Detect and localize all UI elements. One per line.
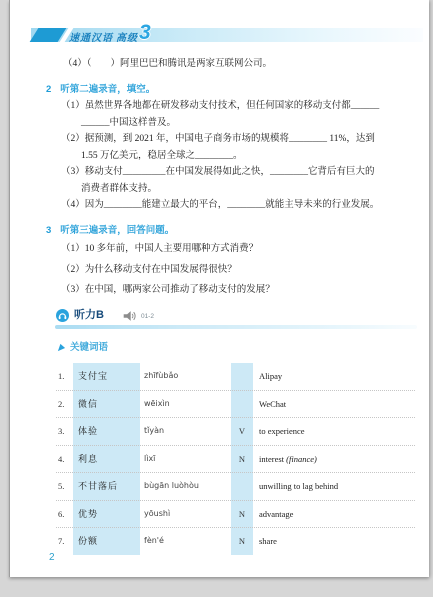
vocab-meaning: WeChat bbox=[253, 396, 415, 413]
question-item: （3）在中国，哪两家公司推动了移动支付的发展？ bbox=[61, 280, 415, 301]
vocab-row: 5. 不甘落后 bùgān luòhòu unwilling to lag be… bbox=[56, 473, 415, 501]
vocab-pos: N bbox=[231, 451, 253, 468]
meaning-text: share bbox=[259, 536, 277, 546]
vocab-meaning: Alipay bbox=[253, 368, 415, 385]
meaning-text: WeChat bbox=[259, 399, 286, 409]
keywords-heading: 关键词语 bbox=[57, 340, 415, 357]
question-item: （1）10 多年前，中国人主要用哪种方式消费？ bbox=[61, 239, 415, 260]
question-item: （2）为什么移动支付在中国发展得很快？ bbox=[61, 260, 415, 281]
vocab-pos: N bbox=[231, 506, 253, 523]
vocab-number: 4. bbox=[56, 451, 73, 468]
vocab-number: 5. bbox=[56, 478, 73, 495]
vocab-number: 7. bbox=[56, 533, 73, 550]
audio-track-label: 01-2 bbox=[141, 309, 154, 326]
meaning-text: Alipay bbox=[259, 371, 282, 381]
fill-blank-item-continuation: 1.55 万亿美元，稳居全球之________。 bbox=[61, 148, 415, 165]
vocab-number: 2. bbox=[56, 396, 73, 413]
fill-blank-item-continuation: ______中国这样普及。 bbox=[61, 115, 415, 132]
fill-blank-item-continuation: 消费者群体支持。 bbox=[61, 181, 415, 198]
vocab-meaning: advantage bbox=[253, 506, 415, 523]
section-number: 2 bbox=[46, 84, 51, 95]
vocab-row: 2. 微信 wēixìn WeChat bbox=[56, 391, 415, 419]
pen-nib-icon bbox=[57, 343, 66, 352]
meaning-note: (finance) bbox=[286, 454, 317, 464]
section-2-heading: 2听第二遍录音，填空。 bbox=[46, 82, 415, 99]
vocab-number: 1. bbox=[56, 368, 73, 385]
vocab-word: 支付宝 bbox=[73, 368, 144, 385]
fill-blank-item: （4）因为________能建立最大的平台，________就能主导未来的行业发… bbox=[61, 197, 415, 214]
meaning-text: to experience bbox=[259, 426, 305, 436]
vocab-pinyin: bùgān luòhòu bbox=[144, 478, 231, 495]
section-number: 3 bbox=[46, 225, 51, 236]
textbook-page: 速通汉语 高级 3 （4）（ ）阿里巴巴和腾讯是两家互联网公司。 2听第二遍录音… bbox=[9, 0, 429, 577]
listening-b-underline bbox=[55, 325, 417, 329]
speaker-icon bbox=[123, 310, 137, 322]
vocab-meaning: interest (finance) bbox=[253, 451, 415, 468]
vocab-pinyin: fèn'é bbox=[144, 533, 231, 550]
vocab-pinyin: tǐyàn bbox=[144, 423, 231, 440]
vocab-table: 1. 支付宝 zhīfùbǎo Alipay 2. 微信 wēixìn WeCh… bbox=[56, 363, 415, 555]
vocab-meaning: unwilling to lag behind bbox=[253, 478, 415, 495]
page-number: 2 bbox=[49, 552, 55, 563]
vocab-word: 微信 bbox=[73, 396, 144, 413]
vocab-pinyin: lìxī bbox=[144, 451, 231, 468]
section-3-heading: 3听第三遍录音，回答问题。 bbox=[46, 223, 415, 240]
volume-number: 3 bbox=[139, 21, 151, 45]
exercise-content: （4）（ ）阿里巴巴和腾讯是两家互联网公司。 2听第二遍录音，填空。 （1）虽然… bbox=[10, 0, 429, 555]
fill-blank-item: （3）移动支付_________在中国发展得如此之快，________它背后有巨… bbox=[61, 164, 415, 181]
vocab-word: 份额 bbox=[73, 533, 144, 550]
fill-blank-item: （2）据预测，到 2021 年，中国电子商务市场的规模将________ 11%… bbox=[61, 131, 415, 148]
keywords-heading-label: 关键词语 bbox=[70, 340, 108, 357]
series-title: 速通汉语 bbox=[69, 29, 113, 44]
vocab-word: 不甘落后 bbox=[73, 478, 144, 495]
meaning-text: interest bbox=[259, 454, 286, 464]
exercise-item-4: （4）（ ）阿里巴巴和腾讯是两家互联网公司。 bbox=[61, 56, 415, 73]
vocab-row: 6. 优势 yōushì N advantage bbox=[56, 501, 415, 529]
vocab-row: 1. 支付宝 zhīfùbǎo Alipay bbox=[56, 363, 415, 391]
vocab-pinyin: yōushì bbox=[144, 506, 231, 523]
meaning-text: unwilling to lag behind bbox=[259, 481, 338, 491]
listening-b-title: 听力B bbox=[74, 307, 104, 324]
vocab-word: 优势 bbox=[73, 506, 144, 523]
fill-blank-item: （1）虽然世界各地都在研发移动支付技术，但任何国家的移动支付都______ bbox=[61, 98, 415, 115]
meaning-text: advantage bbox=[259, 509, 293, 519]
vocab-word: 利息 bbox=[73, 451, 144, 468]
vocab-row: 7. 份额 fèn'é N share bbox=[56, 528, 415, 555]
header-banner: 速通汉语 高级 3 bbox=[31, 28, 423, 42]
vocab-row: 3. 体验 tǐyàn V to experience bbox=[56, 418, 415, 446]
section-title: 听第三遍录音，回答问题。 bbox=[60, 225, 174, 236]
vocab-number: 6. bbox=[56, 506, 73, 523]
vocab-pinyin: zhīfùbǎo bbox=[144, 368, 231, 385]
vocab-number: 3. bbox=[56, 423, 73, 440]
listening-b-header: 听力B 01-2 bbox=[56, 308, 415, 323]
series-level: 高级 bbox=[116, 29, 138, 44]
vocab-pos: V bbox=[231, 423, 253, 440]
section-title: 听第二遍录音，填空。 bbox=[60, 84, 155, 95]
headphones-icon bbox=[56, 309, 69, 322]
vocab-row: 4. 利息 lìxī N interest (finance) bbox=[56, 446, 415, 474]
vocab-meaning: share bbox=[253, 533, 415, 550]
vocab-word: 体验 bbox=[73, 423, 144, 440]
vocab-pos: N bbox=[231, 533, 253, 550]
vocab-meaning: to experience bbox=[253, 423, 415, 440]
vocab-pinyin: wēixìn bbox=[144, 396, 231, 413]
